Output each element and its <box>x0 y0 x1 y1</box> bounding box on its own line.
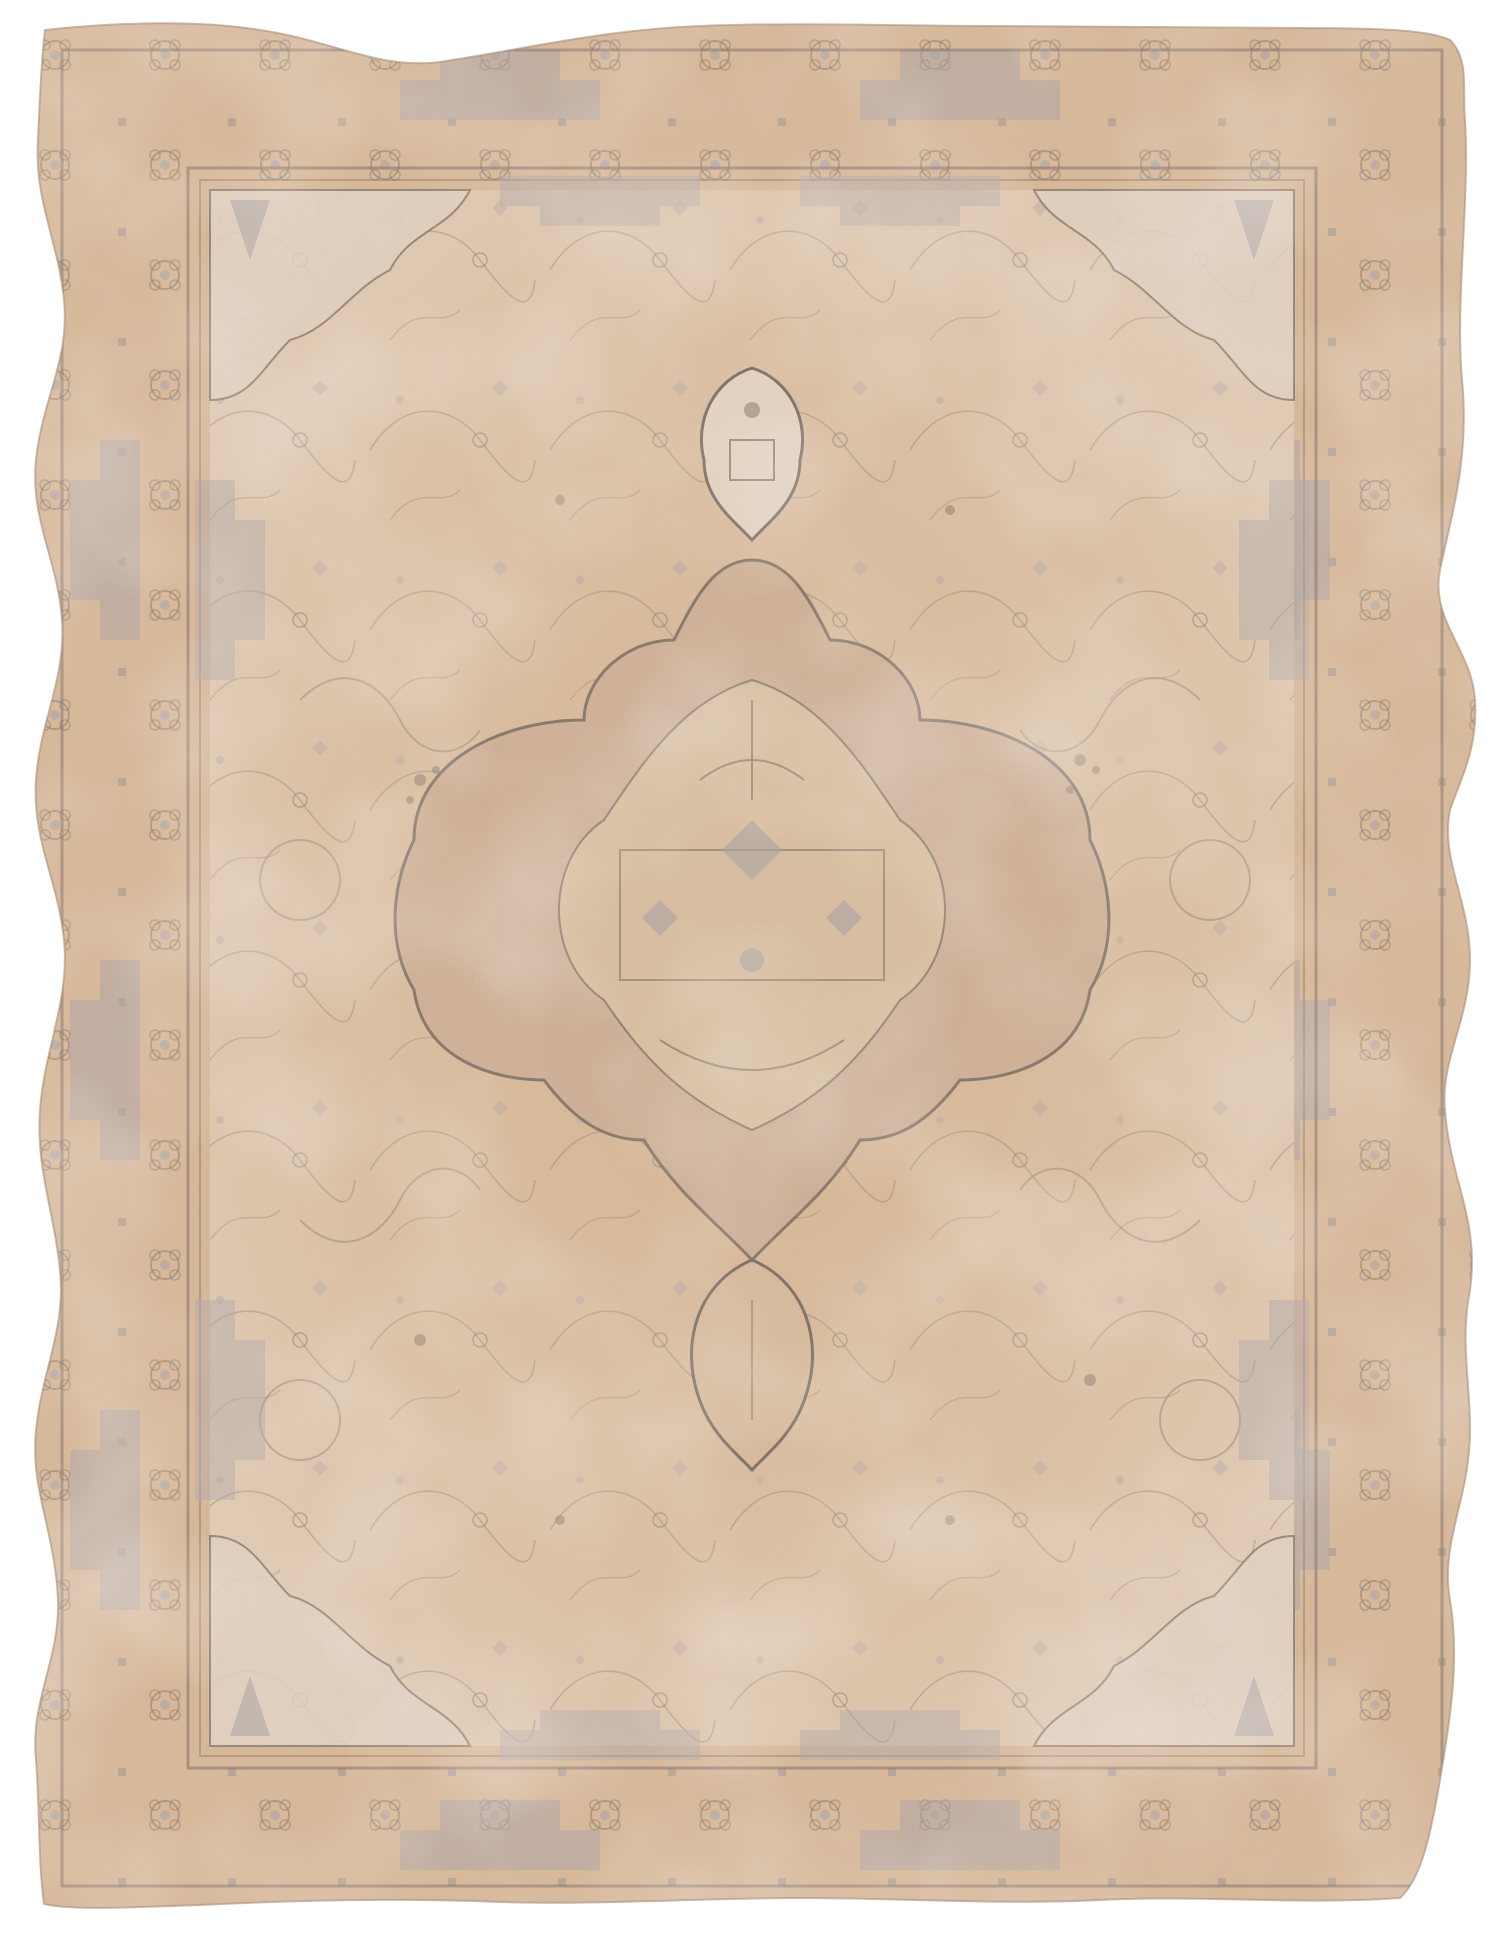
rug-photo: vintage distressed Persian-style rug wit… <box>0 0 1504 1934</box>
rug-body <box>0 0 1504 1934</box>
rug-illustration <box>0 0 1504 1934</box>
